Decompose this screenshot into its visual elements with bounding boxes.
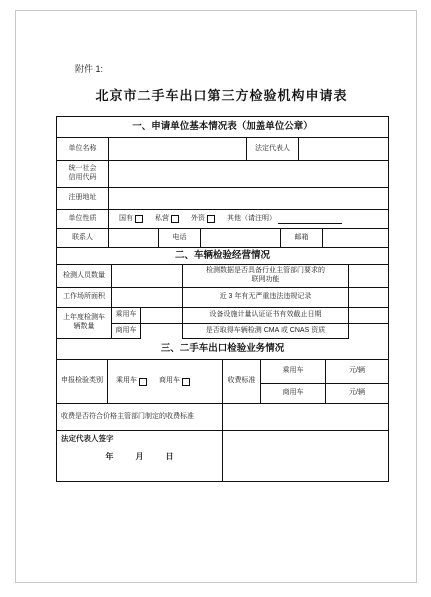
staff-count-label: 检测人员数量 bbox=[57, 265, 112, 287]
nature-option-foreign-label: 外资 bbox=[191, 215, 205, 224]
violation-answer-field bbox=[349, 288, 388, 307]
section2-header: 二、车辆检验经营情况 bbox=[57, 248, 388, 264]
document-page: 附件 1: 北京市二手车出口第三方检验机构申请表 一、申请单位基本情况表（加盖单… bbox=[0, 0, 431, 597]
email-label: 邮箱 bbox=[281, 229, 323, 247]
violation-question: 近 3 年有无严重违法违规记录 bbox=[183, 288, 349, 307]
phone-field bbox=[201, 229, 281, 247]
legal-rep-field bbox=[299, 138, 388, 160]
workplace-area-field bbox=[112, 288, 183, 307]
fee-compliance-question: 收费是否符合价格主管部门制定的收费标准 bbox=[57, 404, 223, 430]
attachment-label: 附件 1: bbox=[75, 62, 103, 75]
category-option-passenger-label: 乘用车 bbox=[116, 377, 137, 386]
fee-passenger-label: 乘用车 bbox=[261, 360, 326, 383]
commercial-subrow: 商用车 是否取得车辆检测 CMA 或 CNAS 资质 bbox=[112, 324, 388, 339]
signature-cell: 法定代表人签字 年 月 日 bbox=[57, 431, 223, 481]
section3-header: 三、二手车出口检验业务情况 bbox=[57, 339, 388, 359]
workplace-area-label: 工作场所面积 bbox=[57, 288, 112, 307]
cma-cnas-field bbox=[349, 324, 388, 339]
signature-label: 法定代表人签字 bbox=[61, 434, 114, 443]
cma-cnas-question: 是否取得车辆检测 CMA 或 CNAS 资质 bbox=[183, 324, 349, 339]
nature-row: 单位性质 国有 私营 外资 其他（请注明） bbox=[57, 210, 388, 229]
commercial-label: 商用车 bbox=[112, 324, 141, 339]
nature-label: 单位性质 bbox=[57, 210, 109, 228]
date-line: 年 月 日 bbox=[106, 452, 174, 462]
fee-passenger-unit: 元/辆 bbox=[326, 360, 388, 383]
credit-code-row: 统一社会 信用代码 bbox=[57, 161, 388, 188]
credit-code-field bbox=[109, 161, 388, 187]
nature-option-foreign: 外资 bbox=[191, 215, 215, 224]
category-option-commercial-label: 商用车 bbox=[159, 377, 180, 386]
address-label: 注册地址 bbox=[57, 188, 109, 209]
checkbox-icon bbox=[182, 378, 190, 386]
unit-name-label: 单位名称 bbox=[57, 138, 109, 160]
network-answer-field bbox=[349, 265, 388, 287]
staff-count-row: 检测人员数量 检测数据是否具备行业主管部门要求的 联网功能 bbox=[57, 265, 388, 288]
nature-option-state-label: 国有 bbox=[119, 215, 133, 224]
signature-field bbox=[223, 431, 388, 481]
unit-name-row: 单位名称 法定代表人 bbox=[57, 138, 388, 161]
contact-label: 联系人 bbox=[57, 229, 109, 247]
passenger-subrow: 乘用车 设备设施计量认证证书有效截止日期 bbox=[112, 308, 388, 324]
network-question: 检测数据是否具备行业主管部门要求的 联网功能 bbox=[183, 265, 349, 287]
nature-option-private-label: 私营 bbox=[155, 215, 169, 224]
checkbox-icon bbox=[135, 215, 143, 223]
section1-header: 一、申请单位基本情况表（加盖单位公章） bbox=[57, 117, 388, 137]
section1-header-row: 一、申请单位基本情况表（加盖单位公章） bbox=[57, 117, 388, 138]
section2-header-row: 二、车辆检验经营情况 bbox=[57, 248, 388, 265]
workplace-area-row: 工作场所面积 近 3 年有无严重违法违规记录 bbox=[57, 288, 388, 308]
checkbox-icon bbox=[139, 378, 147, 386]
legal-rep-label: 法定代表人 bbox=[247, 138, 299, 160]
phone-label: 电话 bbox=[159, 229, 201, 247]
fee-compliance-field bbox=[223, 404, 388, 430]
doc-title: 北京市二手车出口第三方检验机构申请表 bbox=[46, 85, 397, 104]
nature-option-state: 国有 bbox=[119, 215, 143, 224]
unit-name-field bbox=[109, 138, 247, 160]
nature-option-other-label: 其他（请注明） bbox=[227, 215, 276, 224]
category-fee-row: 申报检验类别 乘用车 商用车 收费标准 乘用车 元/辆 商用车 bbox=[57, 360, 388, 404]
cert-expiry-field bbox=[349, 308, 388, 323]
commercial-count-field bbox=[141, 324, 183, 339]
fee-commercial-label: 商用车 bbox=[261, 384, 326, 403]
email-field bbox=[323, 229, 388, 247]
application-form-table: 一、申请单位基本情况表（加盖单位公章） 单位名称 法定代表人 统一社会 信用代码… bbox=[56, 116, 389, 482]
passenger-label: 乘用车 bbox=[112, 308, 141, 323]
nature-options-cell: 国有 私营 外资 其他（请注明） bbox=[109, 210, 388, 228]
address-field bbox=[109, 188, 388, 209]
credit-code-label: 统一社会 信用代码 bbox=[57, 161, 109, 187]
contact-row: 联系人 电话 邮箱 bbox=[57, 229, 388, 248]
section3-header-row: 三、二手车出口检验业务情况 bbox=[57, 339, 388, 360]
category-option-passenger: 乘用车 bbox=[116, 377, 147, 386]
nature-option-private: 私营 bbox=[155, 215, 179, 224]
fee-commercial-subrow: 商用车 元/辆 bbox=[261, 384, 388, 403]
address-row: 注册地址 bbox=[57, 188, 388, 210]
date-day-label: 日 bbox=[166, 452, 174, 462]
category-option-commercial: 商用车 bbox=[159, 377, 190, 386]
fee-standard-label: 收费标准 bbox=[223, 360, 261, 403]
lastyear-count-row: 上年度检测车 辆数量 乘用车 设备设施计量认证证书有效截止日期 商用车 是否取得… bbox=[57, 308, 388, 339]
lastyear-count-label: 上年度检测车 辆数量 bbox=[57, 308, 112, 338]
checkbox-icon bbox=[207, 215, 215, 223]
cert-expiry-question: 设备设施计量认证证书有效截止日期 bbox=[183, 308, 349, 323]
other-fill-line bbox=[278, 215, 342, 224]
checkbox-icon bbox=[171, 215, 179, 223]
fee-commercial-unit: 元/辆 bbox=[326, 384, 388, 403]
nature-option-other: 其他（请注明） bbox=[227, 215, 342, 224]
fee-compliance-row: 收费是否符合价格主管部门制定的收费标准 bbox=[57, 404, 388, 431]
date-year-label: 年 bbox=[106, 452, 114, 462]
staff-count-field bbox=[112, 265, 183, 287]
category-label: 申报检验类别 bbox=[57, 360, 108, 403]
date-month-label: 月 bbox=[136, 452, 144, 462]
passenger-count-field bbox=[141, 308, 183, 323]
fee-passenger-subrow: 乘用车 元/辆 bbox=[261, 360, 388, 384]
signature-row: 法定代表人签字 年 月 日 bbox=[57, 431, 388, 481]
contact-field bbox=[109, 229, 159, 247]
category-options-cell: 乘用车 商用车 bbox=[108, 360, 223, 403]
